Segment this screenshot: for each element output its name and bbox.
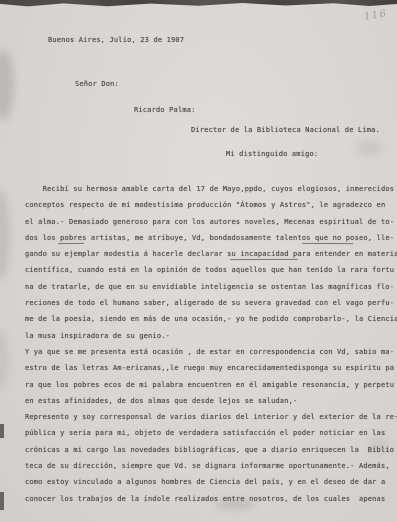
body-line: la musa inspiradora de su genio.- xyxy=(25,328,387,344)
body-line: pública y seria para mi, objeto de verda… xyxy=(25,425,387,441)
scan-smudge xyxy=(0,330,8,390)
handwritten-page-number: 116 xyxy=(363,8,388,23)
body-line: estro de las letras Am-ericanas,,le rueg… xyxy=(25,360,387,376)
body-line: científica, cuando está en la opinión de… xyxy=(25,262,387,278)
body-line: Recibí su hermosa amable carta del 17 de… xyxy=(25,181,387,197)
recipient-name: Ricardo Palma: xyxy=(134,106,196,114)
body-line: conocer los trabajos de la índole realiz… xyxy=(25,491,387,507)
body-line: como estoy vinculado a algunos hombres d… xyxy=(25,474,387,490)
body-line: conceptos respecto de mi modestísima pro… xyxy=(25,197,387,213)
recipient-role: Director de la Biblioteca Nacional de Li… xyxy=(191,126,380,134)
letter-body: Recibí su hermosa amable carta del 17 de… xyxy=(25,181,387,507)
scan-smudge xyxy=(0,50,14,120)
body-line: el alma.- Demasiado generoso para con lo… xyxy=(25,214,387,230)
body-line: reciones de todo el humano saber, aliger… xyxy=(25,295,387,311)
scanned-letter-page: 116 Buenos Aires, Julio, 23 de 1907 Seño… xyxy=(0,0,397,522)
body-line: en estas afinidades, de dos almas que de… xyxy=(25,393,387,409)
scan-smudge xyxy=(0,190,10,280)
body-line: na de tratarle, de que en su envidiable … xyxy=(25,279,387,295)
body-line: Y ya que se me presenta está ocasión , d… xyxy=(25,344,387,360)
date-line: Buenos Aires, Julio, 23 de 1907 xyxy=(48,36,184,44)
scan-top-edge-artifact xyxy=(0,0,397,8)
scan-edge-mark xyxy=(0,492,4,510)
body-line: crónicas a mi cargo las novedades biblio… xyxy=(25,442,387,458)
scan-smudge xyxy=(356,140,382,156)
body-line: Represento y soy corresponsal de varios … xyxy=(25,409,387,425)
body-line: teca de su dirección, siempre que Vd. se… xyxy=(25,458,387,474)
body-line: gando su ejemplar modestia á hacerle dec… xyxy=(25,246,387,262)
body-line: ra que los pobres ecos de mi palabra enc… xyxy=(25,377,387,393)
scan-edge-mark xyxy=(0,424,4,438)
greeting: Mi distinguido amigo: xyxy=(226,150,318,158)
body-line: me de la poesía, siendo en más de una oc… xyxy=(25,311,387,327)
recipient-title: Señor Don: xyxy=(75,80,119,88)
underline-mark xyxy=(58,243,84,244)
